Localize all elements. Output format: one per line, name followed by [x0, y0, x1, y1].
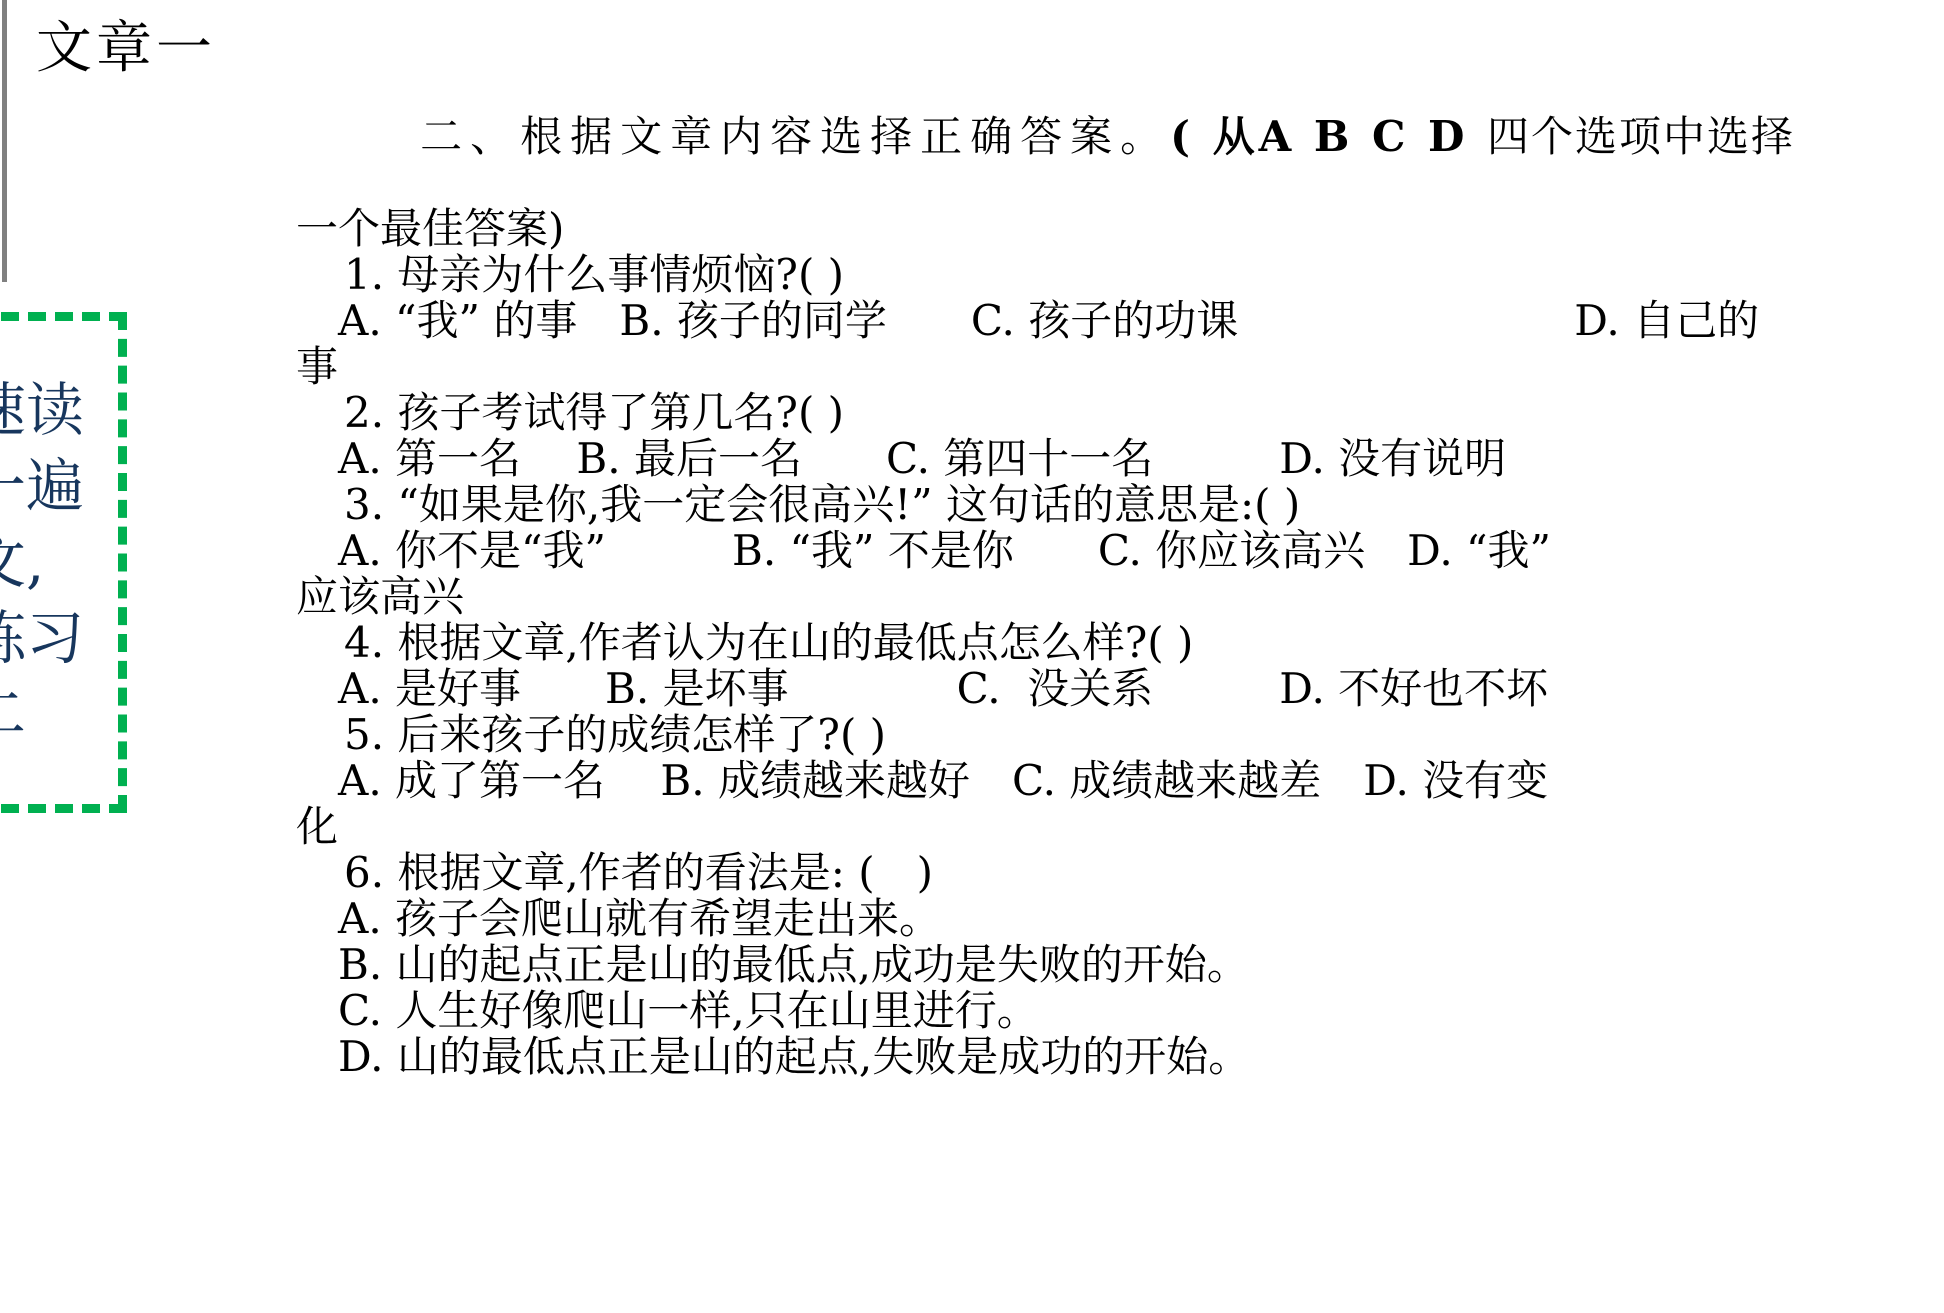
quiz-heading-bold: ( 从A B C D	[1170, 112, 1487, 161]
page-title: 文章一	[36, 4, 216, 84]
options-line: A. 第一名 B. 最后一名 C. 第四十一名 D. 没有说明	[296, 436, 1856, 482]
note-line: 一遍	[0, 448, 84, 524]
quiz-heading-suffix: 四个选项中选择	[1487, 112, 1795, 161]
quiz-lines-container: 一个最佳答案)1. 母亲为什么事情烦恼?( )A. “我” 的事 B. 孩子的同…	[296, 206, 1856, 1080]
note-line: 文,	[0, 524, 84, 600]
note-line: 练习	[0, 600, 84, 676]
note-line: 二	[0, 676, 84, 752]
vertical-divider-line	[2, 0, 7, 282]
options-line: D. 山的最低点正是山的起点,失败是成功的开始。	[296, 1034, 1856, 1080]
note-text-block: 速读一遍文,练习二	[0, 372, 84, 752]
quiz-text-block: 二、根据文章内容选择正确答案。( 从A B C D 四个选项中选择 一个最佳答案…	[296, 68, 1856, 1080]
options-line: A. “我” 的事 B. 孩子的同学 C. 孩子的功课 D. 自己的	[296, 298, 1856, 344]
options-line: A. 成了第一名 B. 成绩越来越好 C. 成绩越来越差 D. 没有变	[296, 758, 1856, 804]
slide: 文章一 速读一遍文,练习二 二、根据文章内容选择正确答案。( 从A B C D …	[0, 0, 1944, 1313]
options-line: A. 孩子会爬山就有希望走出来。	[296, 896, 1856, 942]
question-line: 4. 根据文章,作者认为在山的最低点怎么样?( )	[296, 620, 1856, 666]
options-line: C. 人生好像爬山一样,只在山里进行。	[296, 988, 1856, 1034]
question-line: 5. 后来孩子的成绩怎样了?( )	[296, 712, 1856, 758]
note-line: 速读	[0, 372, 84, 448]
question-line: 1. 母亲为什么事情烦恼?( )	[296, 252, 1856, 298]
quiz-heading: 二、根据文章内容选择正确答案。( 从A B C D 四个选项中选择	[296, 68, 1856, 206]
options-line: A. 你不是“我” B. “我” 不是你 C. 你应该高兴 D. “我”	[296, 528, 1856, 574]
options-line: B. 山的起点正是山的最低点,成功是失败的开始。	[296, 942, 1856, 988]
options-line: A. 是好事 B. 是坏事 C. 没关系 D. 不好也不坏	[296, 666, 1856, 712]
wrapped-line: 化	[296, 804, 1856, 850]
question-line: 6. 根据文章,作者的看法是: ( )	[296, 850, 1856, 896]
quiz-heading-prefix: 二、根据文章内容选择正确答案。	[420, 112, 1170, 161]
wrapped-line: 一个最佳答案)	[296, 206, 1856, 252]
wrapped-line: 事	[296, 344, 1856, 390]
question-line: 3. “如果是你,我一定会很高兴!” 这句话的意思是:( )	[296, 482, 1856, 528]
wrapped-line: 应该高兴	[296, 574, 1856, 620]
question-line: 2. 孩子考试得了第几名?( )	[296, 390, 1856, 436]
